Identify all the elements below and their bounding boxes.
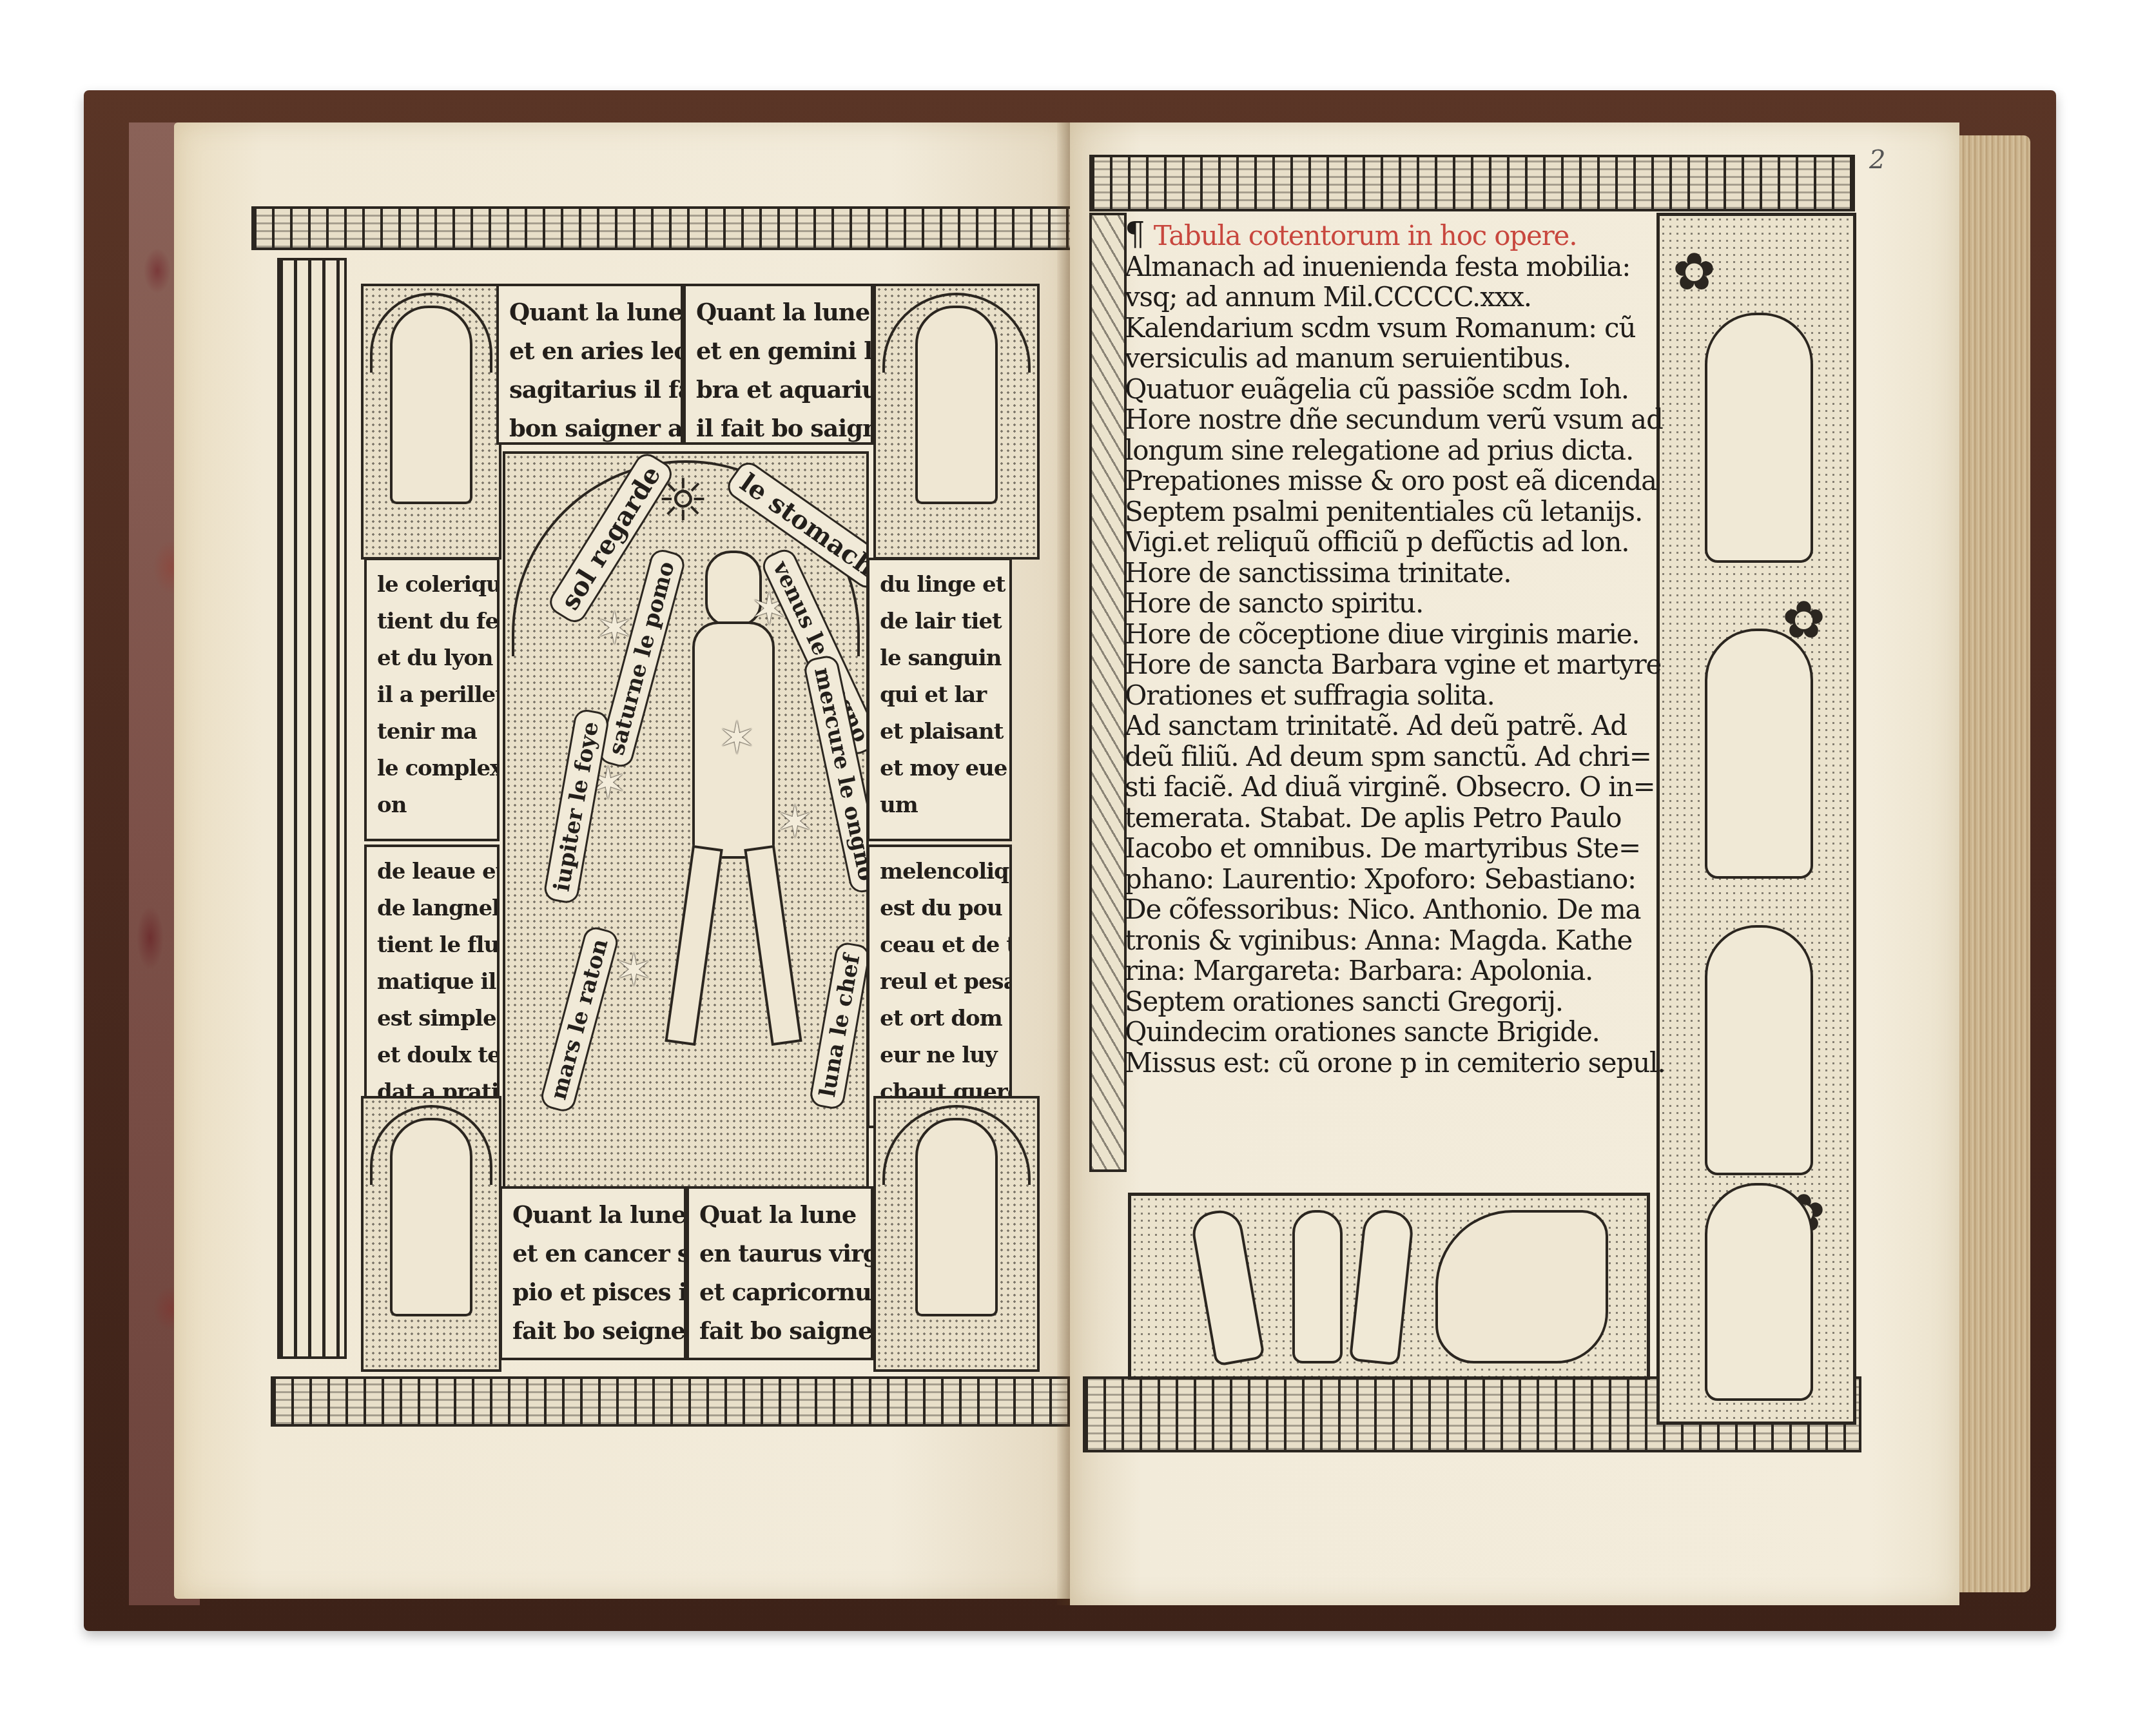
figure-nude-1 <box>1189 1207 1265 1367</box>
text-line: pio et pisces il <box>512 1273 674 1311</box>
text-line: et en cancer scor <box>512 1234 674 1273</box>
figure-aries-leo <box>390 306 472 504</box>
text-line: bra et aquarius <box>696 370 860 409</box>
toc-line: Hore de sanctissima trinitate. <box>1125 558 1634 589</box>
text-cell-bottom-2: Quat la lune en taurus virgo et capricor… <box>686 1186 873 1360</box>
toc-line: temerata. Stabat. De aplis Petro Paulo <box>1125 803 1634 834</box>
banner-luna: luna le chef <box>808 941 869 1111</box>
toc-line: Quatuor euãgelia cũ passiõe scdm Ioh. <box>1125 374 1634 405</box>
text-line: au fleumatiq eau <box>512 1350 674 1360</box>
text-cell-top-2: Quant la lune et en gemini li bra et aqu… <box>683 284 873 445</box>
figure-leg-right <box>744 845 802 1046</box>
text-line: Quant la lune <box>512 1195 674 1234</box>
text-line: il a perilleus <box>377 677 487 714</box>
text-line: de leaue et <box>377 854 487 890</box>
text-line: Quant la lune <box>509 293 670 331</box>
right-page-left-border <box>1089 213 1127 1172</box>
toc-line: Ad sanctam trinitatẽ. Ad deũ patrẽ. Ad <box>1125 710 1634 741</box>
toc-line: tronis & vginibus: Anna: Magda. Kathe <box>1125 925 1634 956</box>
table-of-contents: ¶Tabula cotentorum in hoc opere. Almanac… <box>1125 219 1634 1078</box>
pilcrow-icon: ¶ <box>1125 215 1145 253</box>
toc-line: versiculis ad manum seruientibus. <box>1125 343 1634 374</box>
text-line: fait bo saignez <box>699 1311 860 1350</box>
figure-panel-bottom-left <box>361 1096 501 1372</box>
text-line: le colerique <box>377 567 487 603</box>
text-cell-right-lower: melencolique est du pou ceau et de ter r… <box>867 845 1012 1128</box>
flower-icon: ✿ <box>1673 242 1716 302</box>
text-line: tient du feu <box>377 603 487 640</box>
toc-line: rina: Margareta: Barbara: Apolonia. <box>1125 955 1634 986</box>
toc-line: Almanach ad inuenienda festa mobilia: <box>1125 251 1634 282</box>
toc-line: Orationes et suffragia solita. <box>1125 680 1634 711</box>
figure-panel-top-left <box>361 284 501 560</box>
text-line: sagitarius il fait <box>509 370 670 409</box>
toc-line: sti faciẽ. Ad diuã virginẽ. Obsecro. O i… <box>1125 772 1634 803</box>
figure-cancer-scorpio <box>390 1118 472 1316</box>
figure-nude-2 <box>1292 1210 1343 1363</box>
figure-panel-bottom-right <box>873 1096 1040 1372</box>
toc-line: Septem orationes sancti Gregorij. <box>1125 986 1634 1017</box>
page-number-handwritten: 2 <box>1869 145 1885 175</box>
toc-title: ¶Tabula cotentorum in hoc opere. <box>1125 219 1634 251</box>
toc-line: vsq; ad annum Mil.CCCCC.xxx. <box>1125 282 1634 313</box>
left-bottom-border <box>271 1376 1075 1427</box>
text-line: qui et lar <box>880 677 999 714</box>
text-line: bon saigner au <box>509 409 670 445</box>
text-line: et ort dom <box>880 1001 999 1037</box>
star-icon: ✶ <box>615 944 653 997</box>
page-fore-edge <box>1959 135 2030 1592</box>
toc-line: Septem psalmi penitentiales cũ letanijs. <box>1125 496 1634 527</box>
text-cell-left-upper: le colerique tient du feu et du lyon il … <box>364 558 500 841</box>
toc-title-text: Tabula cotentorum in hoc opere. <box>1154 220 1577 251</box>
text-line: au melencolique terre <box>699 1350 860 1360</box>
toc-line: Hore de cõceptione diue virginis marie. <box>1125 619 1634 650</box>
text-cell-bottom-1: Quant la lune et en cancer scor pio et p… <box>500 1186 686 1360</box>
toc-line: Quindecim orationes sancte Brigide. <box>1125 1017 1634 1048</box>
toc-line: Hore nostre dñe secundum verũ vsum ad <box>1125 404 1634 435</box>
toc-line: Prepationes misse & oro post eã dicenda <box>1125 465 1634 496</box>
text-line: de lair tiet <box>880 603 999 640</box>
text-line: et en gemini li <box>696 331 860 370</box>
text-line: matique il <box>377 964 487 1001</box>
toc-line: phano: Laurentio: Xpoforo: Sebastiano: <box>1125 864 1634 895</box>
toc-line: Kalendarium scdm vsum Romanum: cũ <box>1125 313 1634 344</box>
text-line: est du pou <box>880 890 999 927</box>
figure-nude-3 <box>1349 1208 1415 1366</box>
text-line: tenir ma <box>377 714 487 750</box>
text-cell-top-1: Quant la lune et en aries leo et sagitar… <box>496 284 683 445</box>
toc-line: deũ filiũ. Ad deum spm sanctũ. Ad chri= <box>1125 741 1634 772</box>
figure-reveller <box>1705 629 1813 879</box>
text-line: en taurus virgo <box>699 1234 860 1273</box>
text-line: ceau et de ter <box>880 927 999 964</box>
bottom-woodcut-panel <box>1128 1193 1650 1380</box>
zodiac-man-panel: ☼ ✶ ✶ ✶ ✶ ✶ ✶ sol regarde le stomach sat… <box>503 451 869 1191</box>
figure-taurus-capricorn <box>915 1118 998 1316</box>
text-line: est simple <box>377 1001 487 1037</box>
text-line: le complexi <box>377 750 487 787</box>
toc-line: De cõfessoribus: Nico. Anthonio. De ma <box>1125 894 1634 925</box>
text-line: et capricornus il <box>699 1273 860 1311</box>
text-line: de langnel <box>377 890 487 927</box>
text-line: et du lyon <box>377 640 487 677</box>
star-icon: ✶ <box>776 796 814 848</box>
toc-line: Hore de sancta Barbara vgine et martyre <box>1125 649 1634 680</box>
text-line: Quant la lune <box>696 293 860 331</box>
text-line: on <box>377 787 487 824</box>
figure-gemini <box>915 306 998 504</box>
toc-line: Vigi.et reliquũ officiũ p defũctis ad lo… <box>1125 527 1634 558</box>
text-line: melencolique <box>880 854 999 890</box>
toc-line: Iacobo et omnibus. De martyribus Ste= <box>1125 833 1634 864</box>
text-line: fait bo seignez <box>512 1311 674 1350</box>
figure-leg-left <box>665 845 723 1046</box>
toc-line: longum sine relegatione ad prius dicta. <box>1125 435 1634 466</box>
left-top-border <box>251 206 1075 250</box>
text-line: eur ne luy <box>880 1037 999 1074</box>
text-line: Quat la lune <box>699 1195 860 1234</box>
text-line: et plaisant <box>880 714 999 750</box>
text-cell-right-upper: du linge et de lair tiet le sanguin qui … <box>867 558 1012 841</box>
winged-dragon <box>1435 1210 1608 1363</box>
star-icon: ✶ <box>718 712 756 765</box>
text-line: le sanguin <box>880 640 999 677</box>
right-side-woodcut-border: ✿ ✿ ✿ <box>1656 213 1856 1425</box>
figure-piper <box>1705 313 1813 563</box>
left-column-pillar <box>277 258 347 1359</box>
banner-mars: mars le raton <box>539 924 621 1114</box>
text-line: reul et pesat <box>880 964 999 1001</box>
figure-man-kneeling <box>1705 1183 1813 1401</box>
figure-panel-top-right <box>873 284 1040 560</box>
toc-line: Missus est: cũ orone p in cemiterio sepu… <box>1125 1048 1634 1079</box>
text-line: et en aries leo et <box>509 331 670 370</box>
right-top-border <box>1089 155 1855 211</box>
text-line: il fait bo saignez <box>696 409 860 445</box>
toc-line: Hore de sancto spiritu. <box>1125 588 1634 619</box>
text-line: du linge et <box>880 567 999 603</box>
text-line: um <box>880 787 999 824</box>
text-cell-left-lower: de leaue et de langnel tient le flu mati… <box>364 845 500 1128</box>
figure-woman <box>1705 925 1813 1175</box>
text-line: et doulx te <box>377 1037 487 1074</box>
text-line: et moy eue <box>880 750 999 787</box>
banner-mercure: mercure le ongno <box>802 654 869 895</box>
text-line: tient le flu <box>377 927 487 964</box>
